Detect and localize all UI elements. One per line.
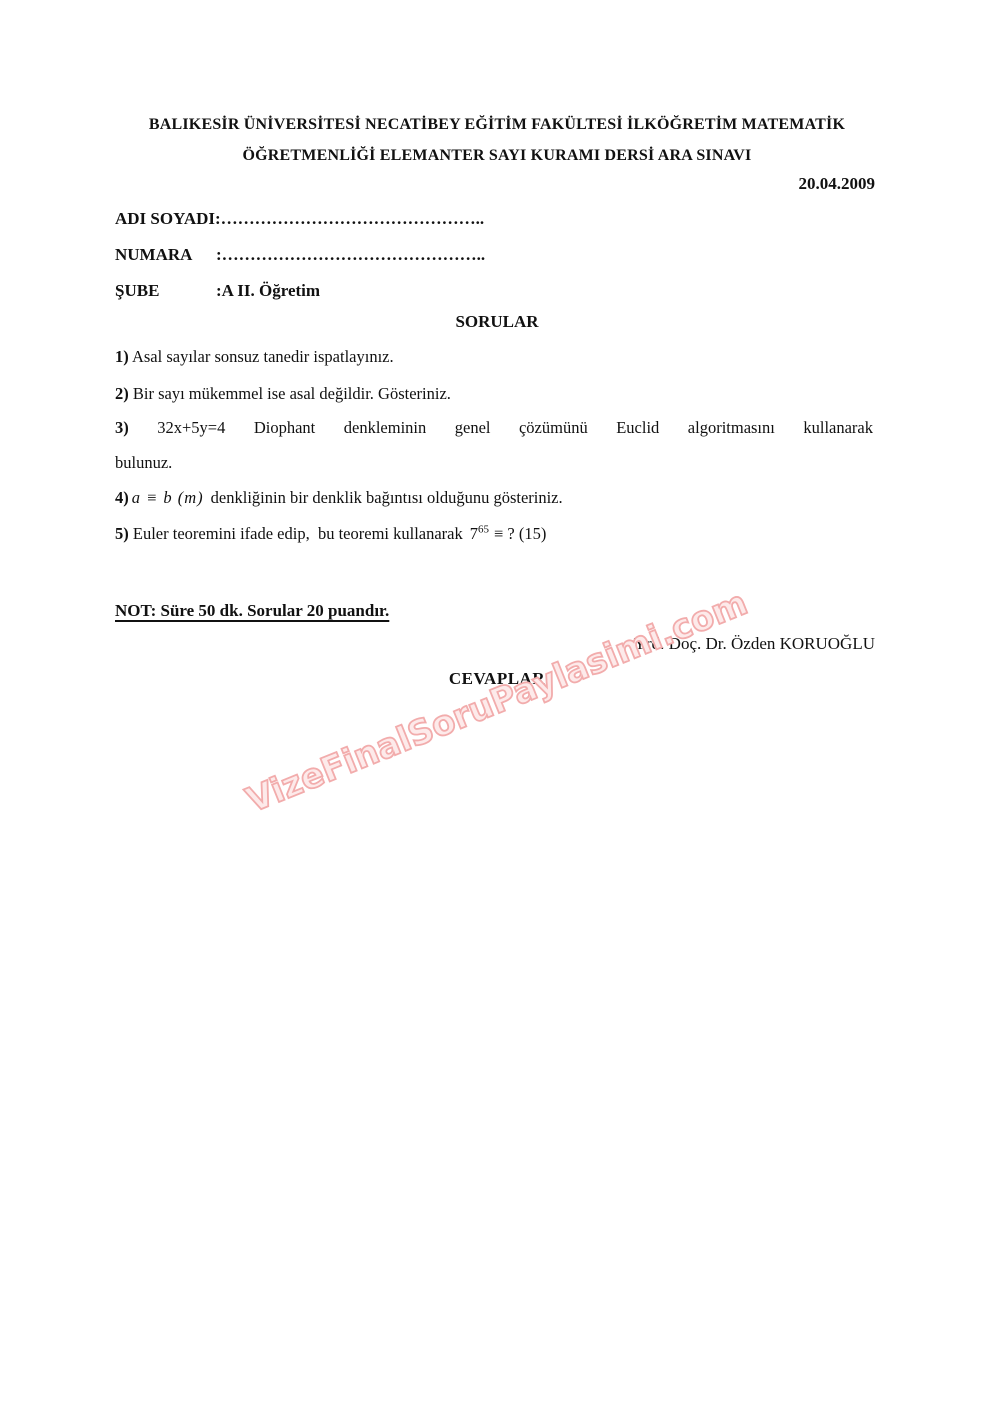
exam-note: NOT: Süre 50 dk. Sorular 20 puandır.	[115, 601, 389, 621]
question-2-number: 2)	[115, 384, 129, 403]
question-5-power-exponent: 65	[478, 524, 489, 536]
question-4-number: 4)	[115, 488, 129, 507]
question-5-number: 5)	[115, 524, 129, 543]
question-3-line2: bulunuz.	[115, 452, 873, 474]
question-4-congruence-formula: a ≡ b (m)	[132, 488, 204, 507]
question-3-line1: 3) 32x+5y=4 Diophant denkleminin genel ç…	[115, 417, 873, 439]
student-number-dotted-line: :………………………………………..	[216, 245, 485, 264]
exam-header-line1: BALIKESİR ÜNİVERSİTESİ NECATİBEY EĞİTİM …	[0, 116, 994, 134]
question-5: 5) Euler teoremini ifade edip, bu teorem…	[115, 523, 873, 545]
question-5-power-base: 7	[470, 524, 478, 543]
student-name-label: ADI SOYADI:	[115, 209, 221, 228]
question-2-text: Bir sayı mükemmel ise asal değildir. Gös…	[133, 384, 451, 403]
question-5-congruence-rest: ≡ ? (15)	[494, 524, 546, 543]
student-name-row: ADI SOYADI:………………………………………..	[115, 209, 895, 229]
question-2: 2) Bir sayı mükemmel ise asal değildir. …	[115, 383, 873, 405]
question-3-text-continued: bulunuz.	[115, 453, 172, 472]
question-5-text: Euler teoremini ifade edip, bu teoremi k…	[133, 524, 463, 543]
student-number-label: NUMARA	[115, 245, 216, 265]
instructor-signature: Yrd. Doç. Dr. Özden KORUOĞLU	[115, 634, 875, 654]
exam-date: 20.04.2009	[115, 174, 875, 194]
questions-section-title: SORULAR	[0, 312, 994, 332]
student-section-row: ŞUBE:A II. Öğretim	[115, 281, 895, 301]
question-1: 1) Asal sayılar sonsuz tanedir ispatlayı…	[115, 346, 873, 368]
question-1-number: 1)	[115, 347, 129, 366]
student-name-dotted-line: ………………………………………..	[221, 209, 485, 228]
question-3-number: 3)	[115, 418, 129, 437]
question-4: 4)a ≡ b (m)denkliğinin bir denklik bağın…	[115, 487, 873, 509]
question-1-text: Asal sayılar sonsuz tanedir ispatlayınız…	[132, 347, 394, 366]
question-4-text: denkliğinin bir denklik bağıntısı olduğu…	[211, 488, 563, 507]
student-number-row: NUMARA:………………………………………..	[115, 245, 895, 265]
answers-section-title: CEVAPLAR	[0, 669, 994, 689]
student-section-label: ŞUBE	[115, 281, 216, 301]
exam-header-line2: ÖĞRETMENLİĞİ ELEMANTER SAYI KURAMI DERSİ…	[0, 147, 994, 165]
exam-document-page: BALIKESİR ÜNİVERSİTESİ NECATİBEY EĞİTİM …	[0, 0, 994, 1405]
question-3-text: 32x+5y=4 Diophant denkleminin genel çözü…	[157, 418, 873, 437]
student-section-value: :A II. Öğretim	[216, 281, 320, 300]
